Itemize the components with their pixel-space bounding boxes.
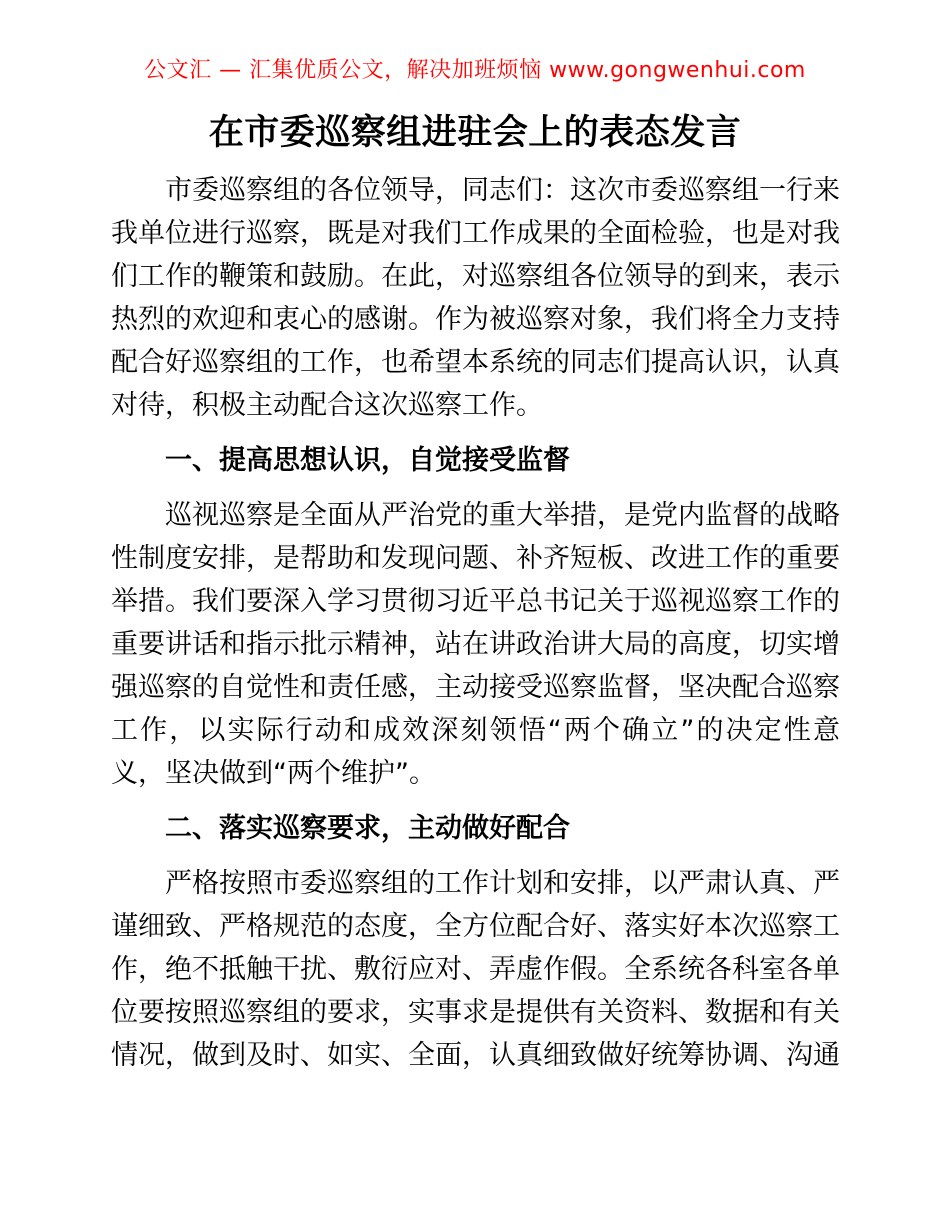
section-heading-2: 二、落实巡察要求，主动做好配合 (111, 807, 840, 850)
section-heading-1: 一、提高思想认识，自觉接受监督 (111, 439, 840, 482)
document-viewer: { "watermark": { "text": "公文汇 — 汇集优质公文，解… (0, 0, 950, 1230)
paragraph-section-1: 巡视巡察是全面从严治党的重大举措，是党内监督的战略性制度安排，是帮助和发现问题、… (111, 494, 840, 795)
document-title: 在市委巡察组进驻会上的表态发言 (111, 109, 840, 157)
document-body: 市委巡察组的各位领导，同志们：这次市委巡察组一行来我单位进行巡察，既是对我们工作… (111, 169, 840, 1077)
paragraph-intro: 市委巡察组的各位领导，同志们：这次市委巡察组一行来我单位进行巡察，既是对我们工作… (111, 169, 840, 427)
watermark-header: 公文汇 — 汇集优质公文，解决加班烦恼 www.gongwenhui.com (0, 0, 950, 84)
document-page: 公文汇 — 汇集优质公文，解决加班烦恼 www.gongwenhui.com 在… (0, 0, 950, 1230)
paragraph-section-2: 严格按照市委巡察组的工作计划和安排，以严肃认真、严谨细致、严格规范的态度，全方位… (111, 862, 840, 1077)
